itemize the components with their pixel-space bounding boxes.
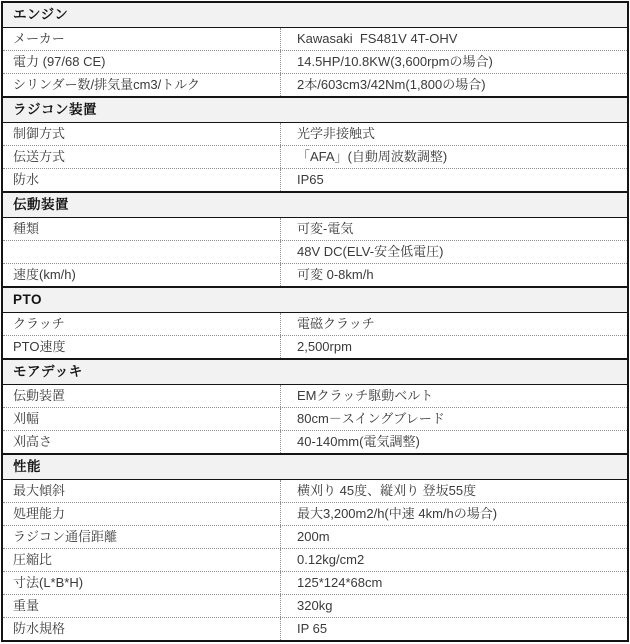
section-rows: 伝動装置EMクラッチ駆動ベルト刈幅80cm－スイングブレード刈高さ40-140m… — [3, 385, 627, 453]
spec-section: PTOクラッチ電磁クラッチPTO速度2,500rpm — [3, 286, 627, 358]
row-label: メーカー — [3, 28, 280, 50]
row-label: 重量 — [3, 595, 280, 617]
spec-section: エンジンメーカーKawasaki FS481V 4T-OHV電力 (97/68 … — [3, 3, 627, 96]
row-value: 最大3,200m2/h(中速 4km/hの場合) — [280, 503, 627, 525]
table-row: 伝動装置EMクラッチ駆動ベルト — [3, 385, 627, 407]
table-row: 防水規格IP 65 — [3, 617, 627, 640]
table-row: 重量320kg — [3, 594, 627, 617]
table-row: 48V DC(ELV-安全低電圧) — [3, 240, 627, 263]
row-label: 制御方式 — [3, 123, 280, 145]
row-value: EMクラッチ駆動ベルト — [280, 385, 627, 407]
table-row: 刈高さ40-140mm(電気調整) — [3, 430, 627, 453]
table-row: クラッチ電磁クラッチ — [3, 313, 627, 335]
row-value: 電磁クラッチ — [280, 313, 627, 335]
spec-table: エンジンメーカーKawasaki FS481V 4T-OHV電力 (97/68 … — [1, 1, 629, 642]
table-row: 伝送方式「AFA」(自動周波数調整) — [3, 145, 627, 168]
section-header: エンジン — [3, 3, 627, 28]
table-row: ラジコン通信距離200m — [3, 525, 627, 548]
row-label — [3, 241, 280, 263]
section-header: 伝動装置 — [3, 193, 627, 218]
row-value: 320kg — [280, 595, 627, 617]
row-value: 14.5HP/10.8KW(3,600rpmの場合) — [280, 51, 627, 73]
row-value: 0.12kg/cm2 — [280, 549, 627, 571]
row-value: IP65 — [280, 169, 627, 191]
table-row: PTO速度2,500rpm — [3, 335, 627, 358]
section-header: 性能 — [3, 455, 627, 480]
row-label: 速度(km/h) — [3, 264, 280, 286]
spec-section: 性能最大傾斜横刈り 45度、縦刈り 登坂55度処理能力最大3,200m2/h(中… — [3, 453, 627, 640]
row-label: ラジコン通信距離 — [3, 526, 280, 548]
row-label: 刈高さ — [3, 431, 280, 453]
row-value: 125*124*68cm — [280, 572, 627, 594]
row-value: 「AFA」(自動周波数調整) — [280, 146, 627, 168]
row-label: 圧縮比 — [3, 549, 280, 571]
table-row: 処理能力最大3,200m2/h(中速 4km/hの場合) — [3, 502, 627, 525]
row-label: 種類 — [3, 218, 280, 240]
section-rows: メーカーKawasaki FS481V 4T-OHV電力 (97/68 CE)1… — [3, 28, 627, 96]
row-label: 最大傾斜 — [3, 480, 280, 502]
table-row: メーカーKawasaki FS481V 4T-OHV — [3, 28, 627, 50]
table-row: 刈幅80cm－スイングブレード — [3, 407, 627, 430]
row-label: PTO速度 — [3, 336, 280, 358]
row-value: 80cm－スイングブレード — [280, 408, 627, 430]
spec-section: モアデッキ伝動装置EMクラッチ駆動ベルト刈幅80cm－スイングブレード刈高さ40… — [3, 358, 627, 453]
row-value: IP 65 — [280, 618, 627, 640]
row-value: 200m — [280, 526, 627, 548]
section-header: モアデッキ — [3, 360, 627, 385]
section-rows: 最大傾斜横刈り 45度、縦刈り 登坂55度処理能力最大3,200m2/h(中速 … — [3, 480, 627, 640]
table-row: 制御方式光学非接触式 — [3, 123, 627, 145]
row-value: 可変-電気 — [280, 218, 627, 240]
row-label: シリンダー数/排気量cm3/トルク — [3, 74, 280, 96]
row-label: 電力 (97/68 CE) — [3, 51, 280, 73]
row-label: 伝動装置 — [3, 385, 280, 407]
section-header: ラジコン装置 — [3, 98, 627, 123]
row-label: 刈幅 — [3, 408, 280, 430]
table-row: 電力 (97/68 CE)14.5HP/10.8KW(3,600rpmの場合) — [3, 50, 627, 73]
row-label: 防水 — [3, 169, 280, 191]
row-value: 40-140mm(電気調整) — [280, 431, 627, 453]
table-row: 種類可変-電気 — [3, 218, 627, 240]
row-value: 2,500rpm — [280, 336, 627, 358]
section-rows: 制御方式光学非接触式伝送方式「AFA」(自動周波数調整)防水IP65 — [3, 123, 627, 191]
spec-section: 伝動装置種類可変-電気48V DC(ELV-安全低電圧)速度(km/h)可変 0… — [3, 191, 627, 286]
row-value: 2本/603cm3/42Nm(1,800の場合) — [280, 74, 627, 96]
table-row: 速度(km/h)可変 0-8km/h — [3, 263, 627, 286]
row-label: クラッチ — [3, 313, 280, 335]
section-rows: 種類可変-電気48V DC(ELV-安全低電圧)速度(km/h)可変 0-8km… — [3, 218, 627, 286]
table-row: 圧縮比0.12kg/cm2 — [3, 548, 627, 571]
row-label: 寸法(L*B*H) — [3, 572, 280, 594]
row-value: Kawasaki FS481V 4T-OHV — [280, 28, 627, 50]
table-row: 防水IP65 — [3, 168, 627, 191]
row-value: 横刈り 45度、縦刈り 登坂55度 — [280, 480, 627, 502]
table-row: 最大傾斜横刈り 45度、縦刈り 登坂55度 — [3, 480, 627, 502]
row-value: 光学非接触式 — [280, 123, 627, 145]
row-label: 防水規格 — [3, 618, 280, 640]
spec-section: ラジコン装置制御方式光学非接触式伝送方式「AFA」(自動周波数調整)防水IP65 — [3, 96, 627, 191]
table-row: 寸法(L*B*H)125*124*68cm — [3, 571, 627, 594]
row-label: 処理能力 — [3, 503, 280, 525]
section-header: PTO — [3, 288, 627, 313]
row-value: 48V DC(ELV-安全低電圧) — [280, 241, 627, 263]
table-row: シリンダー数/排気量cm3/トルク2本/603cm3/42Nm(1,800の場合… — [3, 73, 627, 96]
row-value: 可変 0-8km/h — [280, 264, 627, 286]
row-label: 伝送方式 — [3, 146, 280, 168]
section-rows: クラッチ電磁クラッチPTO速度2,500rpm — [3, 313, 627, 358]
